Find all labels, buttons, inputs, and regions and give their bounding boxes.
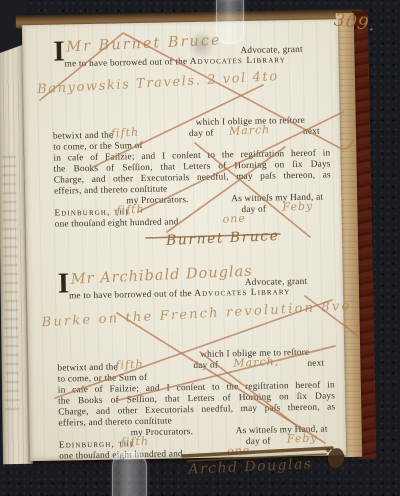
cancel-stroke (138, 112, 343, 212)
cancel-stroke (55, 300, 332, 398)
acrylic-strip-top (216, 0, 244, 44)
cancel-stroke (40, 34, 122, 100)
cancel-stroke (200, 352, 305, 432)
cancel-stroke (195, 143, 310, 237)
cancel-stroke (123, 33, 353, 149)
cancel-stroke (93, 85, 263, 167)
cancel-stroke (115, 346, 335, 401)
cancel-stroke (305, 296, 358, 336)
acrylic-strip-bottom (112, 452, 147, 496)
ink-cross-strokes (0, 0, 400, 496)
register-photo: I Mr Burnet Bruce Advocate, grant me to … (0, 0, 400, 496)
ink-blot (326, 447, 346, 471)
signature-strike (146, 234, 280, 238)
